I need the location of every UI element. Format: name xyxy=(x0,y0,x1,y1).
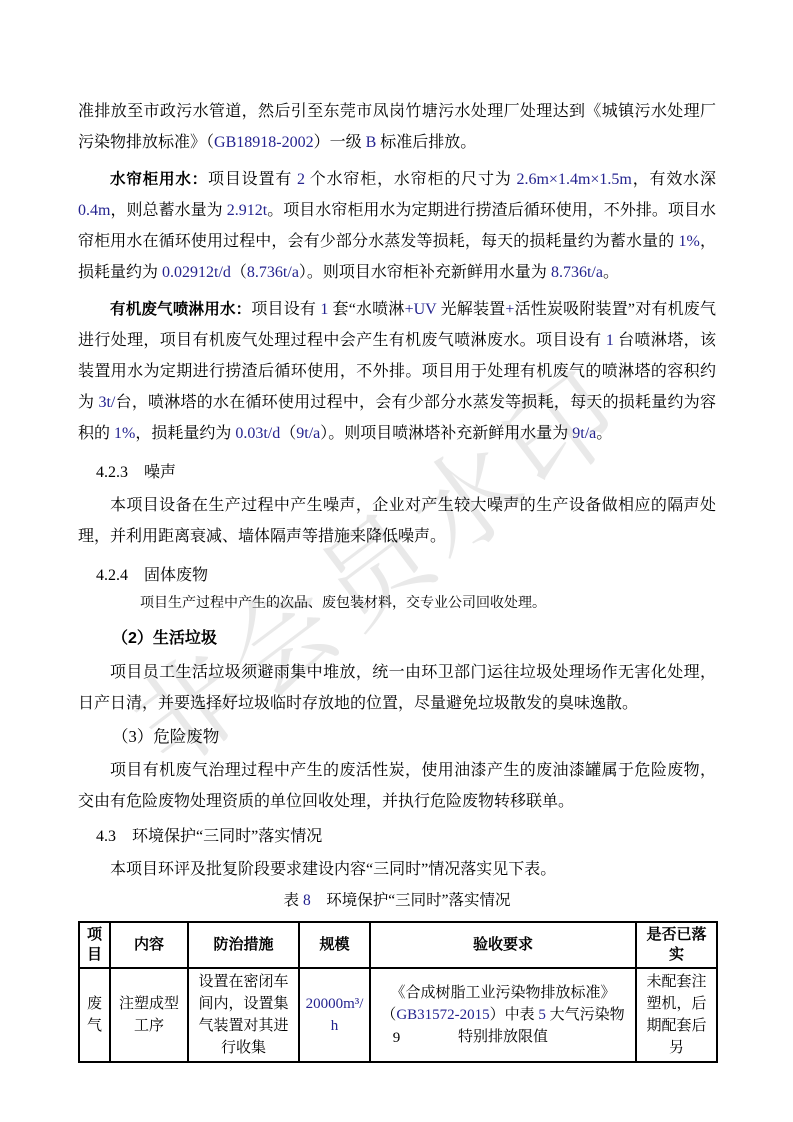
cell-implemented: 未配套注塑机，后期配套后另 xyxy=(636,968,717,1062)
text-run: 项目设有 xyxy=(251,301,320,318)
text-run: ，有效水深 xyxy=(632,171,716,188)
text-run: 4.2.4 固体废物 xyxy=(96,567,208,584)
cell-requirement: 《合成树脂工业污染物排放标准》（GB31572-2015）中表 5 大气污染物特… xyxy=(370,968,636,1062)
paragraph-solid-waste: 项目生产过程中产生的次品、废包装材料，交专业公司回收处理。 xyxy=(78,591,716,616)
text-run: 4.2.3 噪声 xyxy=(96,464,176,481)
numeric-text-run: 2.912t xyxy=(227,202,267,219)
numeric-text-run: 2.6m×1.4m×1.5m xyxy=(516,171,631,188)
numeric-text-run: 1% xyxy=(679,233,700,250)
numeric-text-run: 0.03t/d xyxy=(235,425,280,442)
numeric-text-run: GB31572-2015 xyxy=(396,1007,489,1023)
text-run: 光解装置 xyxy=(436,301,505,318)
numeric-text-run: 2 xyxy=(297,171,305,188)
text-run: ）中表 xyxy=(490,1007,539,1023)
numeric-text-run: 8.736t/a xyxy=(551,264,603,281)
text-run: 项目生产过程中产生的次品、废包装材料，交专业公司回收处理。 xyxy=(140,596,546,611)
text-run: 。 xyxy=(603,264,619,281)
text-run: 个水帘柜，水帘柜的尺寸为 xyxy=(305,171,517,188)
col-header-item: 项目 xyxy=(79,922,110,968)
numeric-text-run: 8.736t/a xyxy=(247,264,299,281)
document-page: 非会员水印 准排放至市政污水管道，然后引至东莞市凤岗竹塘污水处理厂处理达到《城镇… xyxy=(0,0,793,1122)
cell-content: 注塑成型工序 xyxy=(110,968,188,1062)
text-run: 套“水喷淋 xyxy=(328,301,404,318)
text-run: 项目有机废气治理过程中产生的废活性炭，使用油漆产生的废油漆罐属于危险废物，交由有… xyxy=(78,762,716,810)
heading-4-2-3-noise: 4.2.3 噪声 xyxy=(78,457,716,488)
bold-lead-run: （2）生活垃圾 xyxy=(112,630,217,647)
col-header-implemented: 是否已落实 xyxy=(636,922,717,968)
text-run: 项目员工生活垃圾须避雨集中堆放，统一由环卫部门运往垃圾处理场作无害化处理，日产日… xyxy=(78,664,716,712)
text-run: 表 xyxy=(284,892,303,909)
heading-domestic-garbage: （2）生活垃圾 xyxy=(78,622,716,655)
text-run: （ xyxy=(231,264,247,281)
numeric-text-run: 5 xyxy=(538,1007,546,1023)
bold-lead-run: 有机废气喷淋用水： xyxy=(110,301,251,318)
heading-4-2-4-solid-waste: 4.2.4 固体废物 xyxy=(78,560,716,591)
text-run: 环境保护“三同时”落实情况 xyxy=(311,892,511,909)
table-caption: 表 8 环境保护“三同时”落实情况 xyxy=(78,887,716,915)
text-run: ，则总蓄水量为 xyxy=(110,202,226,219)
col-header-content: 内容 xyxy=(110,922,188,968)
text-run: ）。则项目喷淋塔补充新鲜用水量为 xyxy=(320,425,572,442)
numeric-text-run: 9t/a xyxy=(296,425,320,442)
text-run: 4.3 环境保护“三同时”落实情况 xyxy=(96,828,322,845)
numeric-text-run: 1 xyxy=(606,332,614,349)
page-number: 9 xyxy=(0,1030,793,1047)
table-row-waste-gas: 废气 注塑成型工序 设置在密闭车间内，设置集气装置对其进行收集 20000m³/… xyxy=(79,968,717,1062)
cell-scale: 20000m³/h xyxy=(299,968,370,1062)
text-run: 项目设置有 xyxy=(208,171,297,188)
cell-measures: 设置在密闭车间内，设置集气装置对其进行收集 xyxy=(188,968,299,1062)
col-header-requirement: 验收要求 xyxy=(370,922,636,968)
text-run: （3）危险废物 xyxy=(112,727,219,746)
paragraph-three-simultaneous-intro: 本项目环评及批复阶段要求建设内容“三同时”情况落实见下表。 xyxy=(78,854,716,885)
text-run: 。 xyxy=(596,425,612,442)
numeric-text-run: 1% xyxy=(114,425,135,442)
bold-lead-run: 水帘柜用水： xyxy=(110,171,208,188)
numeric-text-run: B xyxy=(366,134,377,151)
heading-hazardous-waste: （3）危险废物 xyxy=(78,721,716,753)
text-run: （ xyxy=(280,425,296,442)
col-header-scale: 规模 xyxy=(299,922,370,968)
cell-item: 废气 xyxy=(79,968,110,1062)
numeric-text-run: 0.02912t/d xyxy=(162,264,231,281)
heading-4-3-three-simultaneous: 4.3 环境保护“三同时”落实情况 xyxy=(78,821,716,852)
numeric-text-run: 3t/ xyxy=(98,394,115,411)
table-header-row: 项目 内容 防治措施 规模 验收要求 是否已落实 xyxy=(79,922,717,968)
text-run: 标准后排放。 xyxy=(376,134,476,151)
numeric-text-run: 9t/a xyxy=(572,425,596,442)
text-run: 本项目设备在生产过程中产生噪声，企业对产生较大噪声的生产设备做相应的隔声处理，并… xyxy=(78,497,716,545)
paragraph-organic-waste-gas-spray: 有机废气喷淋用水：项目设有 1 套“水喷淋+UV 光解装置+活性炭吸附装置”对有… xyxy=(78,294,716,449)
numeric-text-run: +UV xyxy=(405,301,437,318)
numeric-text-run: 8 xyxy=(303,892,311,909)
text-run: ）。则项目水帘柜补充新鲜用水量为 xyxy=(299,264,551,281)
text-run: ，损耗量约为 xyxy=(135,425,235,442)
paragraph-noise: 本项目设备在生产过程中产生噪声，企业对产生较大噪声的生产设备做相应的隔声处理，并… xyxy=(78,490,716,552)
text-run: ）一级 xyxy=(314,134,366,151)
col-header-measures: 防治措施 xyxy=(188,922,299,968)
paragraph-discharge-standard: 准排放至市政污水管道，然后引至东莞市凤岗竹塘污水处理厂处理达到《城镇污水处理厂污… xyxy=(78,96,716,158)
numeric-text-run: GB18918-2002 xyxy=(214,134,314,151)
paragraph-domestic-garbage: 项目员工生活垃圾须避雨集中堆放，统一由环卫部门运往垃圾处理场作无害化处理，日产日… xyxy=(78,657,716,719)
numeric-text-run: 20000m³/h xyxy=(306,996,364,1034)
paragraph-water-curtain-cabinet: 水帘柜用水：项目设置有 2 个水帘柜，水帘柜的尺寸为 2.6m×1.4m×1.5… xyxy=(78,164,716,288)
page-content: 准排放至市政污水管道，然后引至东莞市凤岗竹塘污水处理厂处理达到《城镇污水处理厂污… xyxy=(78,96,716,1063)
text-run: 本项目环评及批复阶段要求建设内容“三同时”情况落实见下表。 xyxy=(110,861,556,878)
numeric-text-run: 0.4m xyxy=(78,202,110,219)
paragraph-hazardous-waste: 项目有机废气治理过程中产生的废活性炭，使用油漆产生的废油漆罐属于危险废物，交由有… xyxy=(78,755,716,817)
